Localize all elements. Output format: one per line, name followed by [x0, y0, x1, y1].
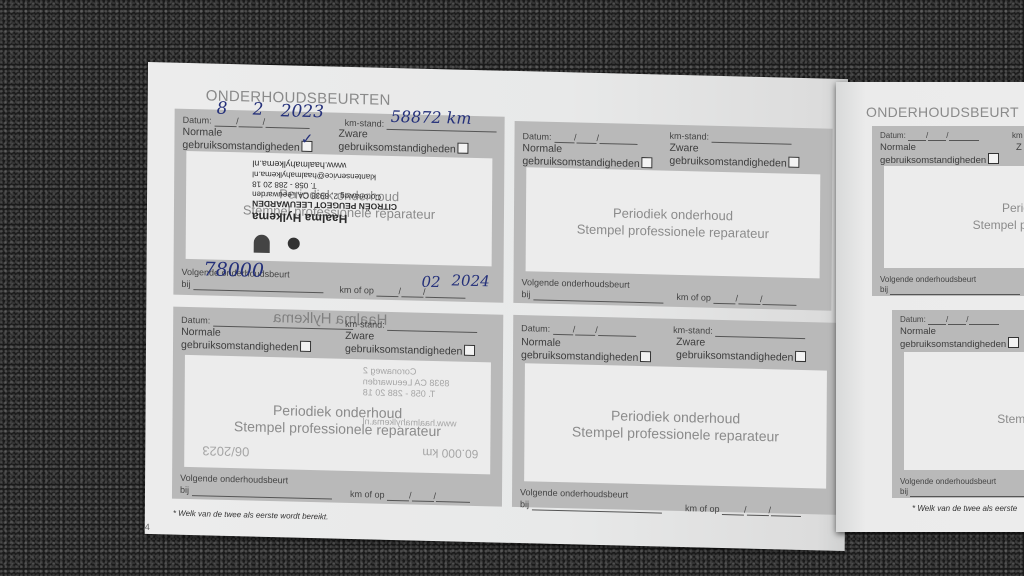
- handwritten-next-month: 02: [421, 277, 440, 288]
- normal-conditions: Normale gebruiksomstandigheden: [181, 327, 312, 354]
- bij-label: bij: [900, 487, 908, 496]
- handwritten-day: 8: [217, 104, 228, 115]
- heavy-conditions: Zware gebruiksomstandigheden: [345, 331, 476, 358]
- stamp-area-line2: Stempel professi: [973, 217, 1024, 234]
- heavy-conditions: Zware gebruiksomstandigheden: [669, 143, 800, 170]
- stamp-area: Periodiek onderhoud Stempel professionel…: [524, 363, 827, 488]
- km-of-op-label: km of op: [685, 503, 720, 514]
- bij-label: bij: [521, 289, 530, 299]
- ghost-handwriting-km: 60.000 km: [422, 447, 478, 459]
- service-card-3: Datum: km-stand: Haalma Hylkema Normale …: [172, 307, 503, 507]
- checkmark-icon: ✓: [301, 134, 314, 145]
- normal-label-1: Normale: [900, 326, 1019, 337]
- heavy-checkbox[interactable]: [464, 345, 475, 356]
- date-field[interactable]: Datum: //: [521, 323, 636, 337]
- date-label: Datum:: [523, 131, 552, 142]
- normal-conditions: Normale gebruiksomstandigheden: [522, 143, 653, 170]
- normal-checkbox[interactable]: [988, 153, 999, 164]
- km-of-op-label: km of op: [350, 489, 385, 500]
- service-card-2: Datum: // km-stand: Normale gebruiksomst…: [513, 121, 832, 311]
- ghost-stamp-text: Coronaweg 2 8938 CA Leeuwarden T. 058 - …: [362, 365, 456, 429]
- km-stand-label: km-stand:: [670, 131, 710, 142]
- normal-conditions: Normale gebruiksomstandigheden: [900, 326, 1019, 350]
- km-stand-label: km: [1012, 130, 1023, 141]
- normal-label-2: gebruiksomstandigheden: [181, 339, 298, 354]
- right-page: ONDERHOUDSBEURT Datum: // km Normale geb…: [836, 82, 1024, 532]
- service-card-1: Datum: // 8 2 2023 km-stand: 58872 km No…: [173, 109, 504, 303]
- heavy-label-2: gebruiksomstandigheden: [338, 141, 455, 156]
- section-title: ONDERHOUDSBEURT: [866, 104, 1019, 120]
- normal-conditions: Normale gebruiksomstandigheden: [880, 142, 999, 166]
- date-field[interactable]: Datum: //: [880, 130, 979, 141]
- normal-conditions: Normale gebruiksomstandigheden: [521, 337, 652, 364]
- normal-label-2: gebruiksomstandigheden: [521, 349, 638, 364]
- normal-checkbox[interactable]: [642, 157, 653, 168]
- next-date-field[interactable]: km of op //: [685, 503, 801, 517]
- date-field[interactable]: Datum: //: [900, 314, 999, 325]
- normal-checkbox[interactable]: [640, 351, 651, 362]
- dealer-stamp: Haalma Hylkema CITROËN PEUGEOT LEEUWARDE…: [252, 159, 472, 229]
- normal-label-2: gebruiksomstandigheden: [900, 339, 1006, 350]
- stamp-area: Periodiek onderhoud Stempel professionel…: [526, 167, 821, 278]
- normal-checkbox[interactable]: [300, 341, 311, 352]
- date-label: Datum:: [521, 323, 550, 334]
- next-date-field[interactable]: km of op //: [676, 292, 796, 306]
- bij-label: bij: [181, 279, 190, 289]
- next-km-field[interactable]: bij: [880, 284, 1020, 295]
- next-date-field[interactable]: km of op //: [339, 285, 465, 299]
- date-label: Datum:: [900, 315, 926, 324]
- handwritten-km-stand: 58872 km: [391, 111, 472, 124]
- stamp-area-line2: Stempel professionele reparateur: [577, 220, 769, 242]
- page-number: 4: [145, 522, 150, 532]
- stamp-area: Period Stempel pro: [904, 352, 1024, 470]
- heavy-conditions: Zware gebruiksomstandigheden: [676, 337, 807, 364]
- right-service-card-2: Datum: // Normale gebruiksomstandigheden…: [892, 310, 1024, 498]
- bij-label: bij: [180, 485, 189, 495]
- next-date-field[interactable]: km of op //: [350, 489, 470, 503]
- km-stand-label: km-stand:: [673, 325, 713, 336]
- heavy-label-2: gebruiksomstandigheden: [676, 349, 793, 364]
- normal-label-1: Normale: [880, 142, 999, 153]
- handwritten-month: 2: [253, 105, 264, 116]
- normal-conditions: Normale gebruiksomstandigheden✓: [182, 127, 313, 154]
- ghost-phone: T. 058 - 288 20 18: [363, 387, 457, 400]
- normal-label-2: gebruiksomstandigheden: [880, 155, 986, 166]
- heavy-checkbox[interactable]: [795, 351, 806, 362]
- heavy-checkbox[interactable]: [789, 157, 800, 168]
- footnote: * Welk van de twee als eerste: [912, 504, 1017, 513]
- bij-label: bij: [520, 499, 529, 509]
- stamp-area-line2: Stempel professionele reparateur: [572, 423, 779, 445]
- date-label: Datum:: [880, 131, 906, 140]
- handwritten-next-km: 78000: [204, 264, 265, 276]
- service-card-4: Datum: // km-stand: Normale gebruiksomst…: [512, 315, 839, 515]
- date-label: Datum:: [183, 115, 212, 126]
- handwritten-year: 2023: [281, 106, 324, 118]
- stamp-area: Periodiek o Stempel professi: [884, 166, 1024, 268]
- citroen-logo-icon: [288, 237, 300, 249]
- footnote: * Welk van de twee als eerste wordt bere…: [173, 509, 329, 522]
- km-of-op-label: km of op: [339, 285, 374, 296]
- stamp-area-line2: Stempel pro: [997, 411, 1024, 428]
- next-km-field[interactable]: bij: [521, 289, 663, 303]
- handwritten-next-year: 2024: [451, 275, 489, 287]
- ghost-website: www.haalmahylkema.nl: [362, 416, 456, 429]
- next-km-field[interactable]: bij: [180, 485, 332, 500]
- heavy-conditions: Zware gebruiksomstandigheden: [338, 129, 469, 156]
- stamp-area-line1: Periodiek o: [1002, 200, 1024, 217]
- next-km-field[interactable]: bij: [900, 486, 1024, 497]
- ghost-handwriting-date: 06/2023: [202, 445, 249, 457]
- next-km-field[interactable]: bij: [520, 499, 662, 513]
- km-of-op-label: km of op: [676, 292, 711, 303]
- heavy-label-2: gebruiksomstandigheden: [669, 155, 786, 170]
- heavy-label-partial: Z: [1016, 142, 1022, 153]
- date-label: Datum:: [181, 315, 210, 326]
- heavy-label-2: gebruiksomstandigheden: [345, 343, 462, 358]
- right-service-card-1: Datum: // km Normale gebruiksomstandighe…: [872, 126, 1024, 296]
- left-page: ONDERHOUDSBEURTEN Datum: // 8 2 2023 km-…: [145, 62, 848, 551]
- bij-label: bij: [880, 285, 888, 294]
- ghost-stamp-brand: Haalma Hylkema: [273, 312, 387, 326]
- heavy-checkbox[interactable]: [458, 143, 469, 154]
- dealer-logo-icon: [254, 235, 270, 253]
- normal-checkbox[interactable]: [1008, 337, 1019, 348]
- normal-checkbox[interactable]: ✓: [302, 141, 313, 152]
